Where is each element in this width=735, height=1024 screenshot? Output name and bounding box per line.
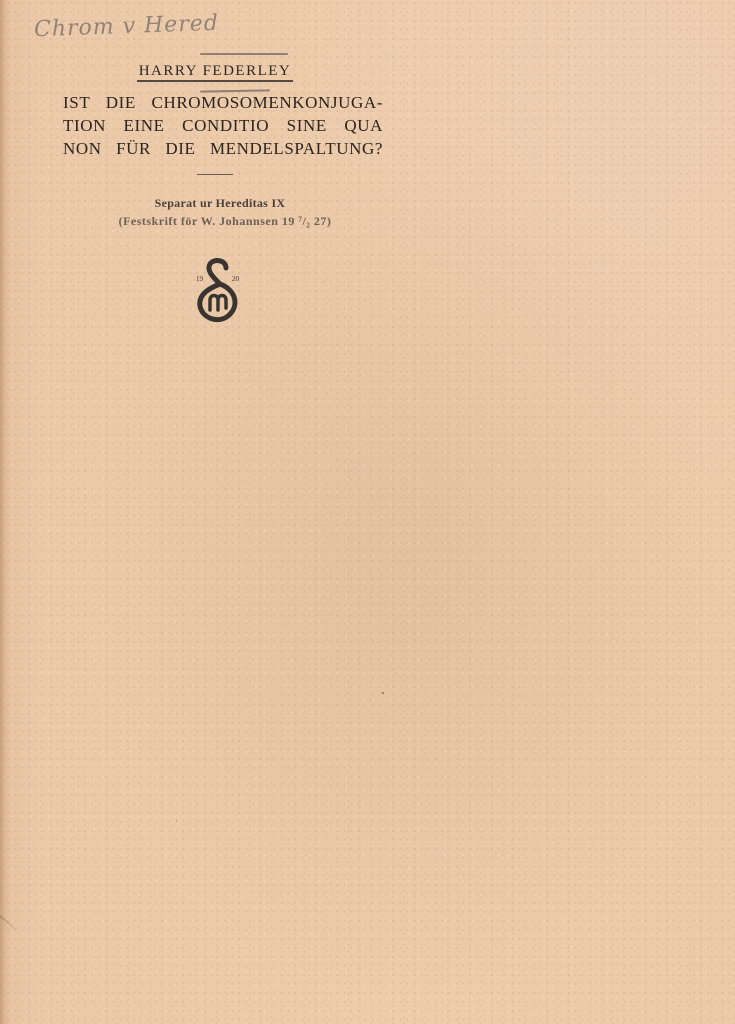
paper-speck <box>382 692 384 694</box>
svg-text:19: 19 <box>196 275 204 283</box>
separat-line: Separat ur Hereditas IX <box>80 196 360 211</box>
publisher-monogram-icon: 19 20 <box>192 254 248 324</box>
author-name: HARRY FEDERLEY <box>137 63 293 80</box>
paper-speck <box>176 820 177 821</box>
title-line-2: TION EINE CONDITIO SINE QUA <box>63 114 383 137</box>
title-line-1: IST DIE CHROMOSOMENKONJUGA- <box>63 91 383 114</box>
document-title: IST DIE CHROMOSOMENKONJUGA- TION EINE CO… <box>63 91 383 160</box>
page-edge <box>0 0 6 1024</box>
svg-text:20: 20 <box>232 275 240 283</box>
pencil-stroke-top <box>200 53 288 55</box>
title-line-3: NON FÜR DIE MENDELSPALTUNG? <box>63 137 383 160</box>
festskrift-line: (Festskrift för W. Johannsen 19 ⁷/₂ 27) <box>80 214 370 229</box>
divider-rule <box>197 174 233 175</box>
document-cover: Chrom v Hered HARRY FEDERLEY IST DIE CHR… <box>0 0 735 1024</box>
author-underline <box>137 80 293 82</box>
